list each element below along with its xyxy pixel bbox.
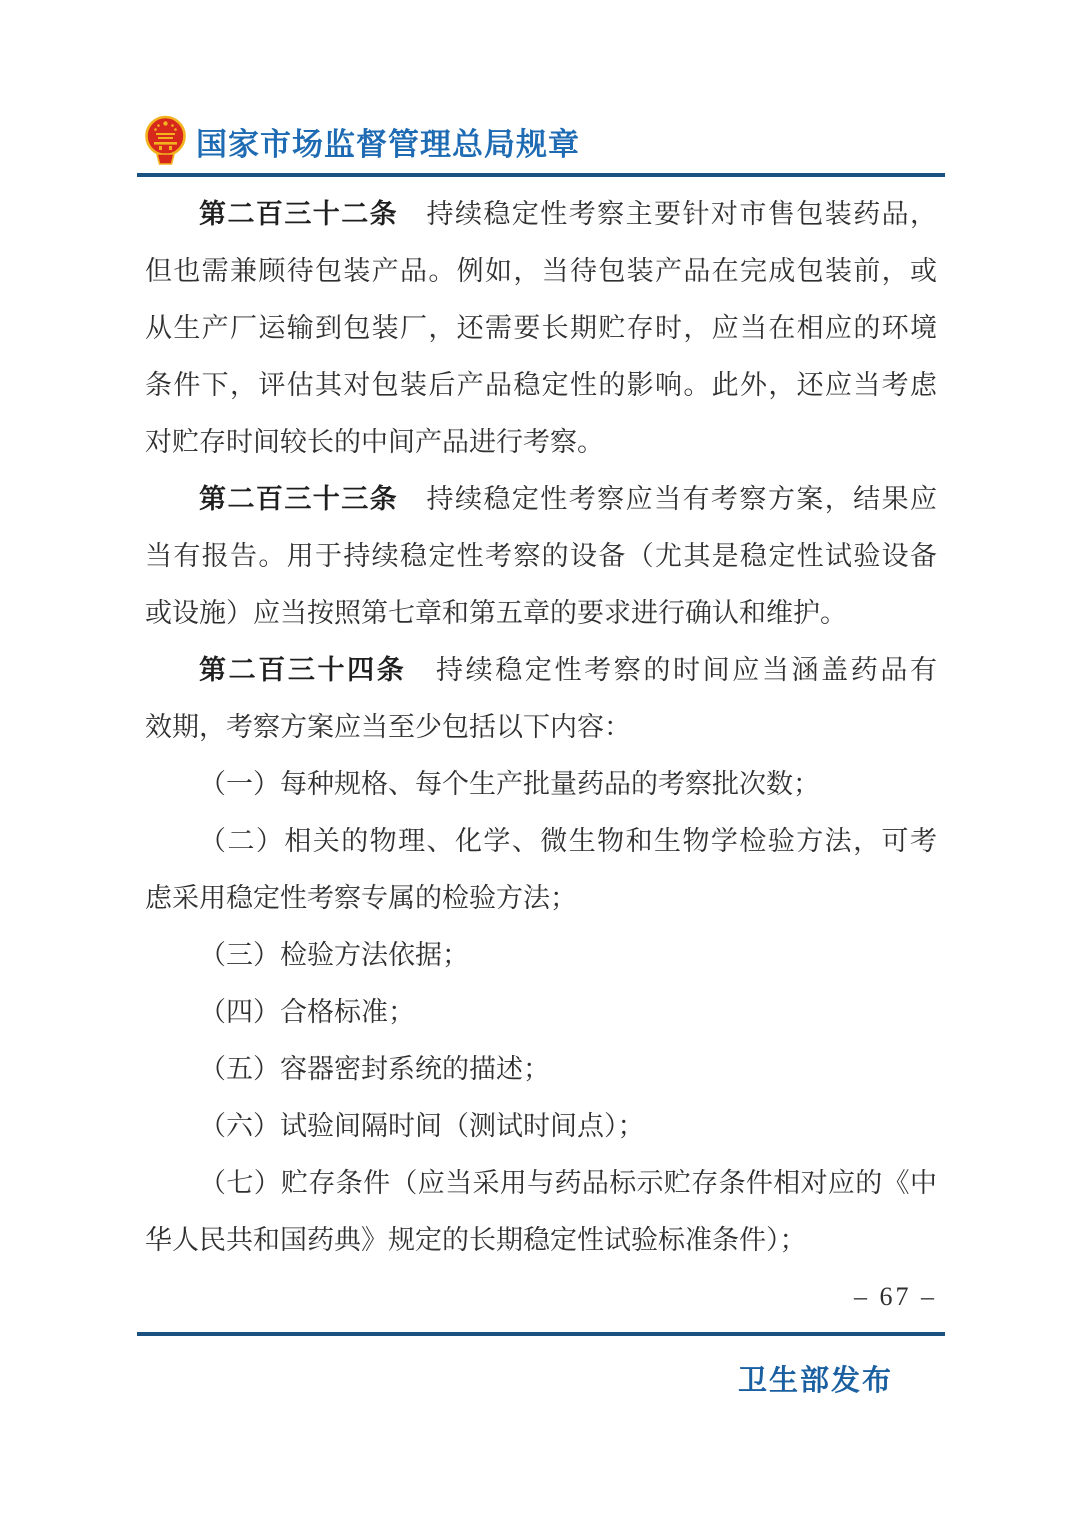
body-line: （五）容器密封系统的描述；	[145, 1041, 937, 1098]
body-line: 第二百三十四条 持续稳定性考察的时间应当涵盖药品有	[145, 642, 937, 699]
body-line: （二）相关的物理、化学、微生物和生物学检验方法，可考	[145, 813, 937, 870]
body-text: 第二百三十二条 持续稳定性考察主要针对市售包装药品，但也需兼顾待包装产品。例如，…	[145, 186, 937, 1269]
china-national-emblem-icon	[144, 115, 187, 167]
document-page: 国家市场监督管理总局规章 第二百三十二条 持续稳定性考察主要针对市售包装药品，但…	[0, 0, 1074, 1520]
footer-divider	[137, 1332, 945, 1336]
header-divider	[137, 173, 945, 177]
body-line: 但也需兼顾待包装产品。例如，当待包装产品在完成包装前，或	[145, 243, 937, 300]
body-line: （六）试验间隔时间（测试时间点）；	[145, 1098, 937, 1155]
body-line: 效期，考察方案应当至少包括以下内容：	[145, 699, 937, 756]
page-number: – 67 –	[145, 1282, 937, 1312]
body-line: （三）检验方法依据；	[145, 927, 937, 984]
body-line: 华人民共和国药典》规定的长期稳定性试验标准条件）；	[145, 1212, 937, 1269]
page-title: 国家市场监督管理总局规章	[196, 119, 580, 164]
body-line: 对贮存时间较长的中间产品进行考察。	[145, 414, 937, 471]
body-line: 条件下，评估其对包装后产品稳定性的影响。此外，还应当考虑	[145, 357, 937, 414]
body-line: （七）贮存条件（应当采用与药品标示贮存条件相对应的《中	[145, 1155, 937, 1212]
body-line: （四）合格标准；	[145, 984, 937, 1041]
page-header: 国家市场监督管理总局规章	[144, 113, 580, 169]
body-line: 虑采用稳定性考察专属的检验方法；	[145, 870, 937, 927]
article-number: 第二百三十三条	[199, 484, 398, 514]
article-number: 第二百三十四条	[199, 655, 406, 685]
body-line: 第二百三十二条 持续稳定性考察主要针对市售包装药品，	[145, 186, 937, 243]
body-line: 当有报告。用于持续稳定性考察的设备（尤其是稳定性试验设备	[145, 528, 937, 585]
body-line: 第二百三十三条 持续稳定性考察应当有考察方案，结果应	[145, 471, 937, 528]
body-line: （一）每种规格、每个生产批量药品的考察批次数；	[145, 756, 937, 813]
article-number: 第二百三十二条	[199, 199, 398, 229]
publisher-label: 卫生部发布	[145, 1358, 893, 1399]
body-line: 从生产厂运输到包装厂，还需要长期贮存时，应当在相应的环境	[145, 300, 937, 357]
body-line: 或设施）应当按照第七章和第五章的要求进行确认和维护。	[145, 585, 937, 642]
